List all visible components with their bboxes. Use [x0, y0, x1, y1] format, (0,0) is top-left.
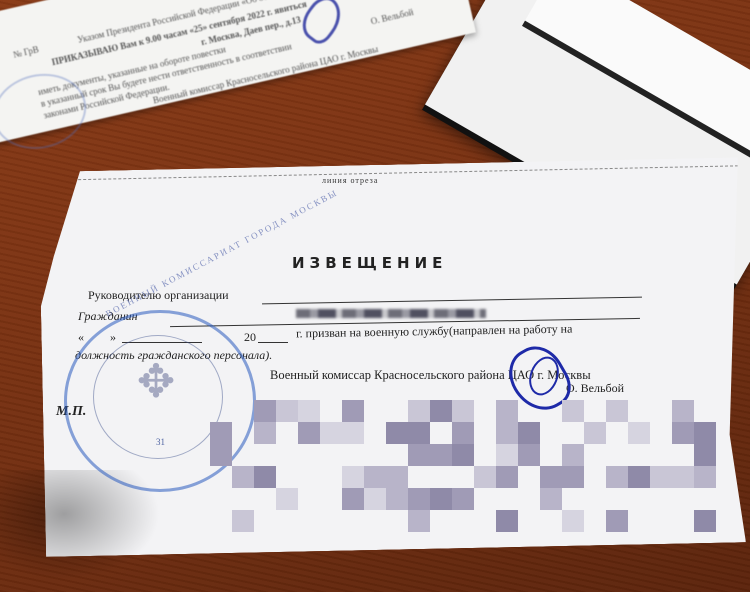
notice-title: ИЗВЕЩЕНИЕ	[292, 254, 447, 272]
summons-signer: О. Вельбой	[370, 6, 415, 27]
year-prefix: 20	[244, 330, 256, 345]
stamp-number: 31	[156, 437, 165, 447]
citizen-name-redacted	[296, 309, 486, 318]
redacted-handwriting	[210, 400, 730, 530]
signer-name: О. Вельбой	[566, 381, 624, 396]
eagle-emblem-icon: ✥	[128, 350, 184, 414]
date-quote-open: «	[78, 330, 84, 345]
year-field	[258, 342, 288, 343]
cut-line-label: линия отреза	[322, 176, 378, 185]
summons-line: № ГрВ	[12, 43, 40, 61]
